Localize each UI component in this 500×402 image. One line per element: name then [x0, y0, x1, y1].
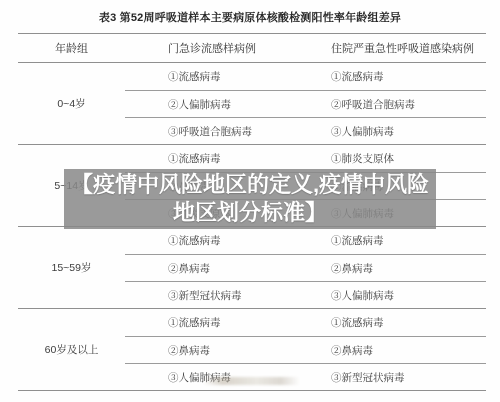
outpatient-rank-2: ②鼻病毒 — [125, 254, 331, 281]
header-outpatient: 门急诊流感样病例 — [125, 40, 331, 56]
inpatient-rank-2: ②呼吸道合胞病毒 — [331, 90, 486, 117]
figure-page: 表3 第52周呼吸道样本主要病原体核酸检测阳性率年龄组差异 年龄组 门急诊流感样… — [0, 0, 500, 402]
table-title: 表3 第52周呼吸道样本主要病原体核酸检测阳性率年龄组差异 — [0, 9, 500, 25]
table-header-row: 年龄组 门急诊流感样病例 住院严重急性呼吸道感染病例 — [18, 34, 486, 63]
overlay-text-line-2: 地区划分标准】 — [173, 199, 327, 227]
outpatient-rank-3: ③呼吸道合胞病毒 — [125, 117, 331, 144]
outpatient-rank-2: ②鼻病毒 — [125, 336, 331, 363]
article-title-overlay: 【疫情中风险地区的定义,疫情中风险 地区划分标准】 — [64, 169, 436, 229]
inpatient-rank-3: ③人偏肺病毒 — [331, 117, 486, 144]
outpatient-rank-3: ③新型冠状病毒 — [125, 281, 331, 308]
table-row-group-0-4: 0~4岁 ①流感病毒 ①流感病毒 ②人偏肺病毒 ②呼吸道合胞病毒 ③呼吸道合胞病… — [18, 63, 486, 145]
outpatient-rank-1: ①流感病毒 — [125, 309, 331, 336]
header-inpatient: 住院严重急性呼吸道感染病例 — [331, 40, 486, 56]
age-label: 15~59岁 — [18, 227, 125, 308]
inpatient-rank-3: ③人偏肺病毒 — [331, 281, 486, 308]
inpatient-rank-2: ②鼻病毒 — [331, 254, 486, 281]
inpatient-rank-1: ①流感病毒 — [331, 63, 486, 90]
header-age-group: 年龄组 — [18, 40, 125, 56]
inpatient-rank-2: ②鼻病毒 — [331, 336, 486, 363]
age-label: 60岁及以上 — [18, 309, 125, 390]
overlay-text-line-1: 【疫情中风险地区的定义,疫情中风险 — [71, 171, 429, 199]
inpatient-rank-3: ③新型冠状病毒 — [331, 363, 486, 390]
inpatient-rank-1: ①肺炎支原体 — [331, 145, 486, 172]
inpatient-rank-1: ①流感病毒 — [331, 227, 486, 254]
outpatient-rank-2: ②人偏肺病毒 — [125, 90, 331, 117]
age-label: 0~4岁 — [18, 63, 125, 144]
inpatient-rank-1: ①流感病毒 — [331, 309, 486, 336]
table-row-group-15-59: 15~59岁 ①流感病毒 ①流感病毒 ②鼻病毒 ②鼻病毒 ③新型冠状病毒 ③人偏… — [18, 227, 486, 309]
outpatient-rank-1: ①流感病毒 — [125, 145, 331, 172]
outpatient-rank-1: ①流感病毒 — [125, 63, 331, 90]
outpatient-rank-1: ①流感病毒 — [125, 227, 331, 254]
watermark-smudge — [203, 377, 300, 385]
